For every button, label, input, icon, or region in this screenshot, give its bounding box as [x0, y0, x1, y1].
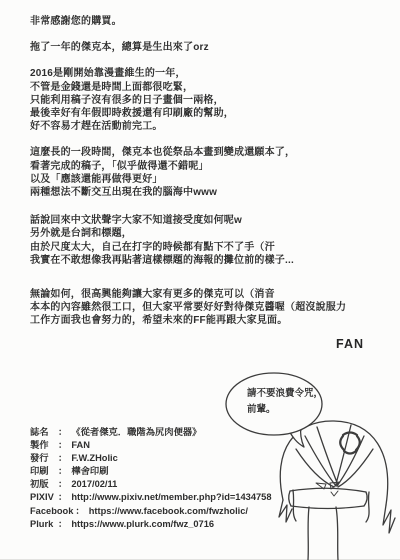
afterword-line: 我實在不敢想像我再貼著這樣標題的海報的攤位前的樣子...: [30, 254, 375, 267]
colophon-row-printer: 印刷：樺舍印刷: [30, 465, 280, 478]
character-head: [279, 421, 395, 533]
colophon: 誌名：《從者傑克．職階為尻肉便器》 製作：FAN 發行：F.W.ZHolic 印…: [30, 426, 280, 531]
colophon-row-first-edition: 初版：2017/02/11: [30, 478, 280, 491]
colophon-separator: ：: [56, 439, 71, 452]
colophon-separator: ：: [56, 478, 71, 491]
colophon-row-plurk: Plurk：https://www.plurk.com/fwz_0716: [30, 518, 280, 531]
afterword-line: 好不容易才趕在活動前完工。: [30, 120, 375, 133]
colophon-label: Plurk: [30, 518, 56, 531]
afterword-line: 不管是金錢還是時間上面都很吃緊，: [30, 81, 375, 94]
afterword-line: 看著完成的稿子，「似乎做得還不錯呢」: [30, 160, 375, 173]
character-body: [289, 482, 367, 560]
afterword-line: 本本的內容雖然很工口，但大家平常要好好對待傑克醬喔（超沒說服力: [30, 301, 375, 314]
colophon-row-publisher: 發行：F.W.ZHolic: [30, 452, 280, 465]
afterword-page: 非常感謝您的購買。 拖了一年的傑克本，總算是生出來了orz 2016是剛開始靠漫…: [0, 0, 400, 560]
afterword-line: 2016是剛開始靠漫畫維生的一年，: [30, 67, 375, 80]
paragraph: 拖了一年的傑克本，總算是生出來了orz: [30, 41, 375, 54]
colophon-label: 初版: [30, 478, 56, 491]
colophon-url: https://www.plurk.com/fwz_0716: [71, 518, 214, 531]
speech-line: 請不要浪費令咒，: [247, 386, 367, 402]
colophon-label: 印刷: [30, 465, 56, 478]
colophon-separator: ：: [56, 465, 71, 478]
colophon-label: 誌名: [30, 426, 56, 439]
colophon-row-maker: 製作：FAN: [30, 439, 280, 452]
paragraph: 這麼長的一段時間，傑克本也從祭品本畫到變成還願本了， 看著完成的稿子，「似乎做得…: [30, 146, 375, 199]
afterword-line: 非常感謝您的購買。: [30, 15, 375, 28]
afterword-text: 非常感謝您的購買。 拖了一年的傑克本，總算是生出來了orz 2016是剛開始靠漫…: [30, 15, 375, 341]
afterword-line: 這麼長的一段時間，傑克本也從祭品本畫到變成還願本了，: [30, 146, 375, 159]
afterword-line: 工作方面我也會努力的，希望未來的FF能再跟大家見面。: [30, 314, 375, 327]
afterword-line: 話說回來中文狀聲字大家不知道接受度如何呢w: [30, 214, 375, 227]
colophon-url: http://www.pixiv.net/member.php?id=14347…: [71, 491, 271, 504]
paragraph: 2016是剛開始靠漫畫維生的一年， 不管是金錢還是時間上面都很吃緊， 只能利用稿…: [30, 67, 375, 133]
colophon-value: 樺舍印刷: [71, 465, 108, 478]
colophon-row-facebook: Facebook：https://www.facebook.com/fwzhol…: [30, 505, 280, 518]
paragraph: 非常感謝您的購買。: [30, 15, 375, 28]
colophon-value: 《從者傑克．職階為尻肉便器》: [71, 426, 201, 439]
colophon-separator: ：: [73, 505, 88, 518]
colophon-separator: ：: [56, 452, 71, 465]
author-signature: FAN: [336, 337, 364, 351]
colophon-separator: ：: [56, 426, 71, 439]
colophon-url: https://www.facebook.com/fwzholic/: [89, 505, 248, 518]
colophon-label: PIXIV: [30, 491, 56, 504]
afterword-line: 由於尺度太大，自己在打字的時候都有點下不了手（汗: [30, 241, 375, 254]
afterword-line: 另外就是台詞和標題，: [30, 227, 375, 240]
colophon-value: F.W.ZHolic: [71, 452, 117, 465]
afterword-line: 拖了一年的傑克本，總算是生出來了orz: [30, 41, 375, 54]
colophon-label: Facebook: [30, 505, 73, 518]
colophon-value: 2017/02/11: [71, 478, 117, 491]
colophon-row-title: 誌名：《從者傑克．職階為尻肉便器》: [30, 426, 280, 439]
afterword-line: 最後幸好有年假即時救援還有印刷廠的幫助，: [30, 107, 375, 120]
speech-line: 前輩。: [247, 402, 367, 418]
speech-bubble-text: 請不要浪費令咒， 前輩。: [247, 386, 367, 418]
colophon-value: FAN: [71, 439, 90, 452]
paragraph: 話說回來中文狀聲字大家不知道接受度如何呢w 另外就是台詞和標題， 由於尺度太大，…: [30, 214, 375, 267]
paragraph: 無論如何，很高興能夠讓大家有更多的傑克可以（消音 本本的內容雖然很工口，但大家平…: [30, 288, 375, 328]
afterword-line: 只能利用稿子沒有很多的日子畫個一兩格，: [30, 94, 375, 107]
afterword-line: 無論如何，很高興能夠讓大家有更多的傑克可以（消音: [30, 288, 375, 301]
colophon-row-pixiv: PIXIV：http://www.pixiv.net/member.php?id…: [30, 491, 280, 504]
colophon-separator: ：: [56, 518, 71, 531]
colophon-separator: ：: [56, 491, 71, 504]
anger-vein-icon: [340, 433, 360, 454]
afterword-line: 以及「應該還能再做得更好」: [30, 173, 375, 186]
afterword-line: 兩種想法不斷交互出現在我的腦海中www: [30, 186, 375, 199]
colophon-label: 發行: [30, 452, 56, 465]
colophon-label: 製作: [30, 439, 56, 452]
